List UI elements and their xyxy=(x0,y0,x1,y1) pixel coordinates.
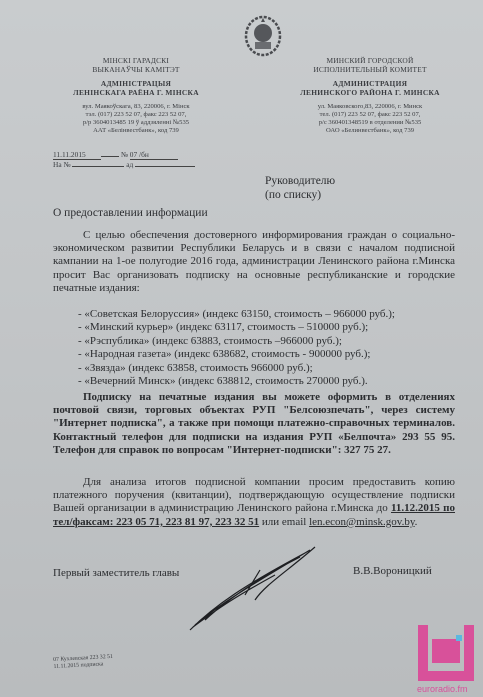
list-item: - «Минский курьер» (индекс 63117, стоимо… xyxy=(78,321,395,334)
reg-date: 11.11.2015 xyxy=(53,150,101,160)
paragraph-request: Для анализа итогов подписной компании пр… xyxy=(53,476,455,529)
watermark-text: euroradio.fm xyxy=(417,684,468,694)
publication-list: - «Советская Белоруссия» (индекс 63150, … xyxy=(78,308,395,388)
paragraph-subscription-info: Подписку на печатные издания вы можете о… xyxy=(53,391,455,457)
handwritten-signature xyxy=(185,545,325,635)
ref-label: На № xyxy=(53,160,71,169)
address-by: вул. Маякоўскага, 83, 220006, г. Мінск т… xyxy=(36,103,236,135)
reg-number: 07 /бн xyxy=(130,150,178,160)
address-ru: ул. Маяковского,83, 220006, г. Минск тел… xyxy=(270,103,470,135)
euroradio-logo-icon xyxy=(418,625,474,681)
reg-number-label: № xyxy=(121,150,128,159)
addressee: Руководителю (по списку) xyxy=(265,174,335,202)
header-left-belarusian: МІНСКІ ГАРАДСКІ ВЫКАНАЎЧЫ КАМІТЭТ АДМІНІ… xyxy=(36,56,236,135)
subject-line: О предоставлении информации xyxy=(53,207,208,219)
admin-name-ru: АДМИНИСТРАЦИЯ ЛЕНИНСКОГО РАЙОНА Г. МИНСК… xyxy=(270,79,470,97)
registration-date-number: 11.11.2015 № 07 /бн xyxy=(53,150,178,160)
admin-name-by: АДМІНІСТРАЦЫЯ ЛЕНІНСКАГА РАЁНА Г. МІНСКА xyxy=(36,79,236,97)
signatory-title: Первый заместитель главы xyxy=(53,567,179,579)
list-item: - «Звязда» (индекс 63858, стоимость 9660… xyxy=(78,362,395,375)
list-item: - «Народная газета» (индекс 638682, стои… xyxy=(78,348,395,361)
coat-of-arms-icon xyxy=(243,15,283,57)
email-link[interactable]: len.econ@minsk.gov.by xyxy=(309,516,415,528)
paragraph-intro: С целью обеспечения достоверного информи… xyxy=(53,229,455,295)
registration-reference: На № ад xyxy=(53,160,195,169)
org-name-by: МІНСКІ ГАРАДСКІ ВЫКАНАЎЧЫ КАМІТЭТ xyxy=(36,56,236,74)
signatory-name: В.В.Вороницкий xyxy=(353,565,432,577)
org-name-ru: МИНСКИЙ ГОРОДСКОЙ ИСПОЛНИТЕЛЬНЫЙ КОМИТЕТ xyxy=(270,56,470,74)
header-right-russian: МИНСКИЙ ГОРОДСКОЙ ИСПОЛНИТЕЛЬНЫЙ КОМИТЕТ… xyxy=(270,56,470,135)
list-item: - «Вечерний Минск» (индекс 638812, стоим… xyxy=(78,375,395,388)
ref-from-label: ад xyxy=(126,160,133,169)
executor-note: 07 Кухлевская 223 32 51 11.11.2015 подпи… xyxy=(53,654,113,671)
list-item: - «Рэспублика» (индекс 63883, стоимость … xyxy=(78,335,395,348)
list-item: - «Советская Белоруссия» (индекс 63150, … xyxy=(78,308,395,321)
